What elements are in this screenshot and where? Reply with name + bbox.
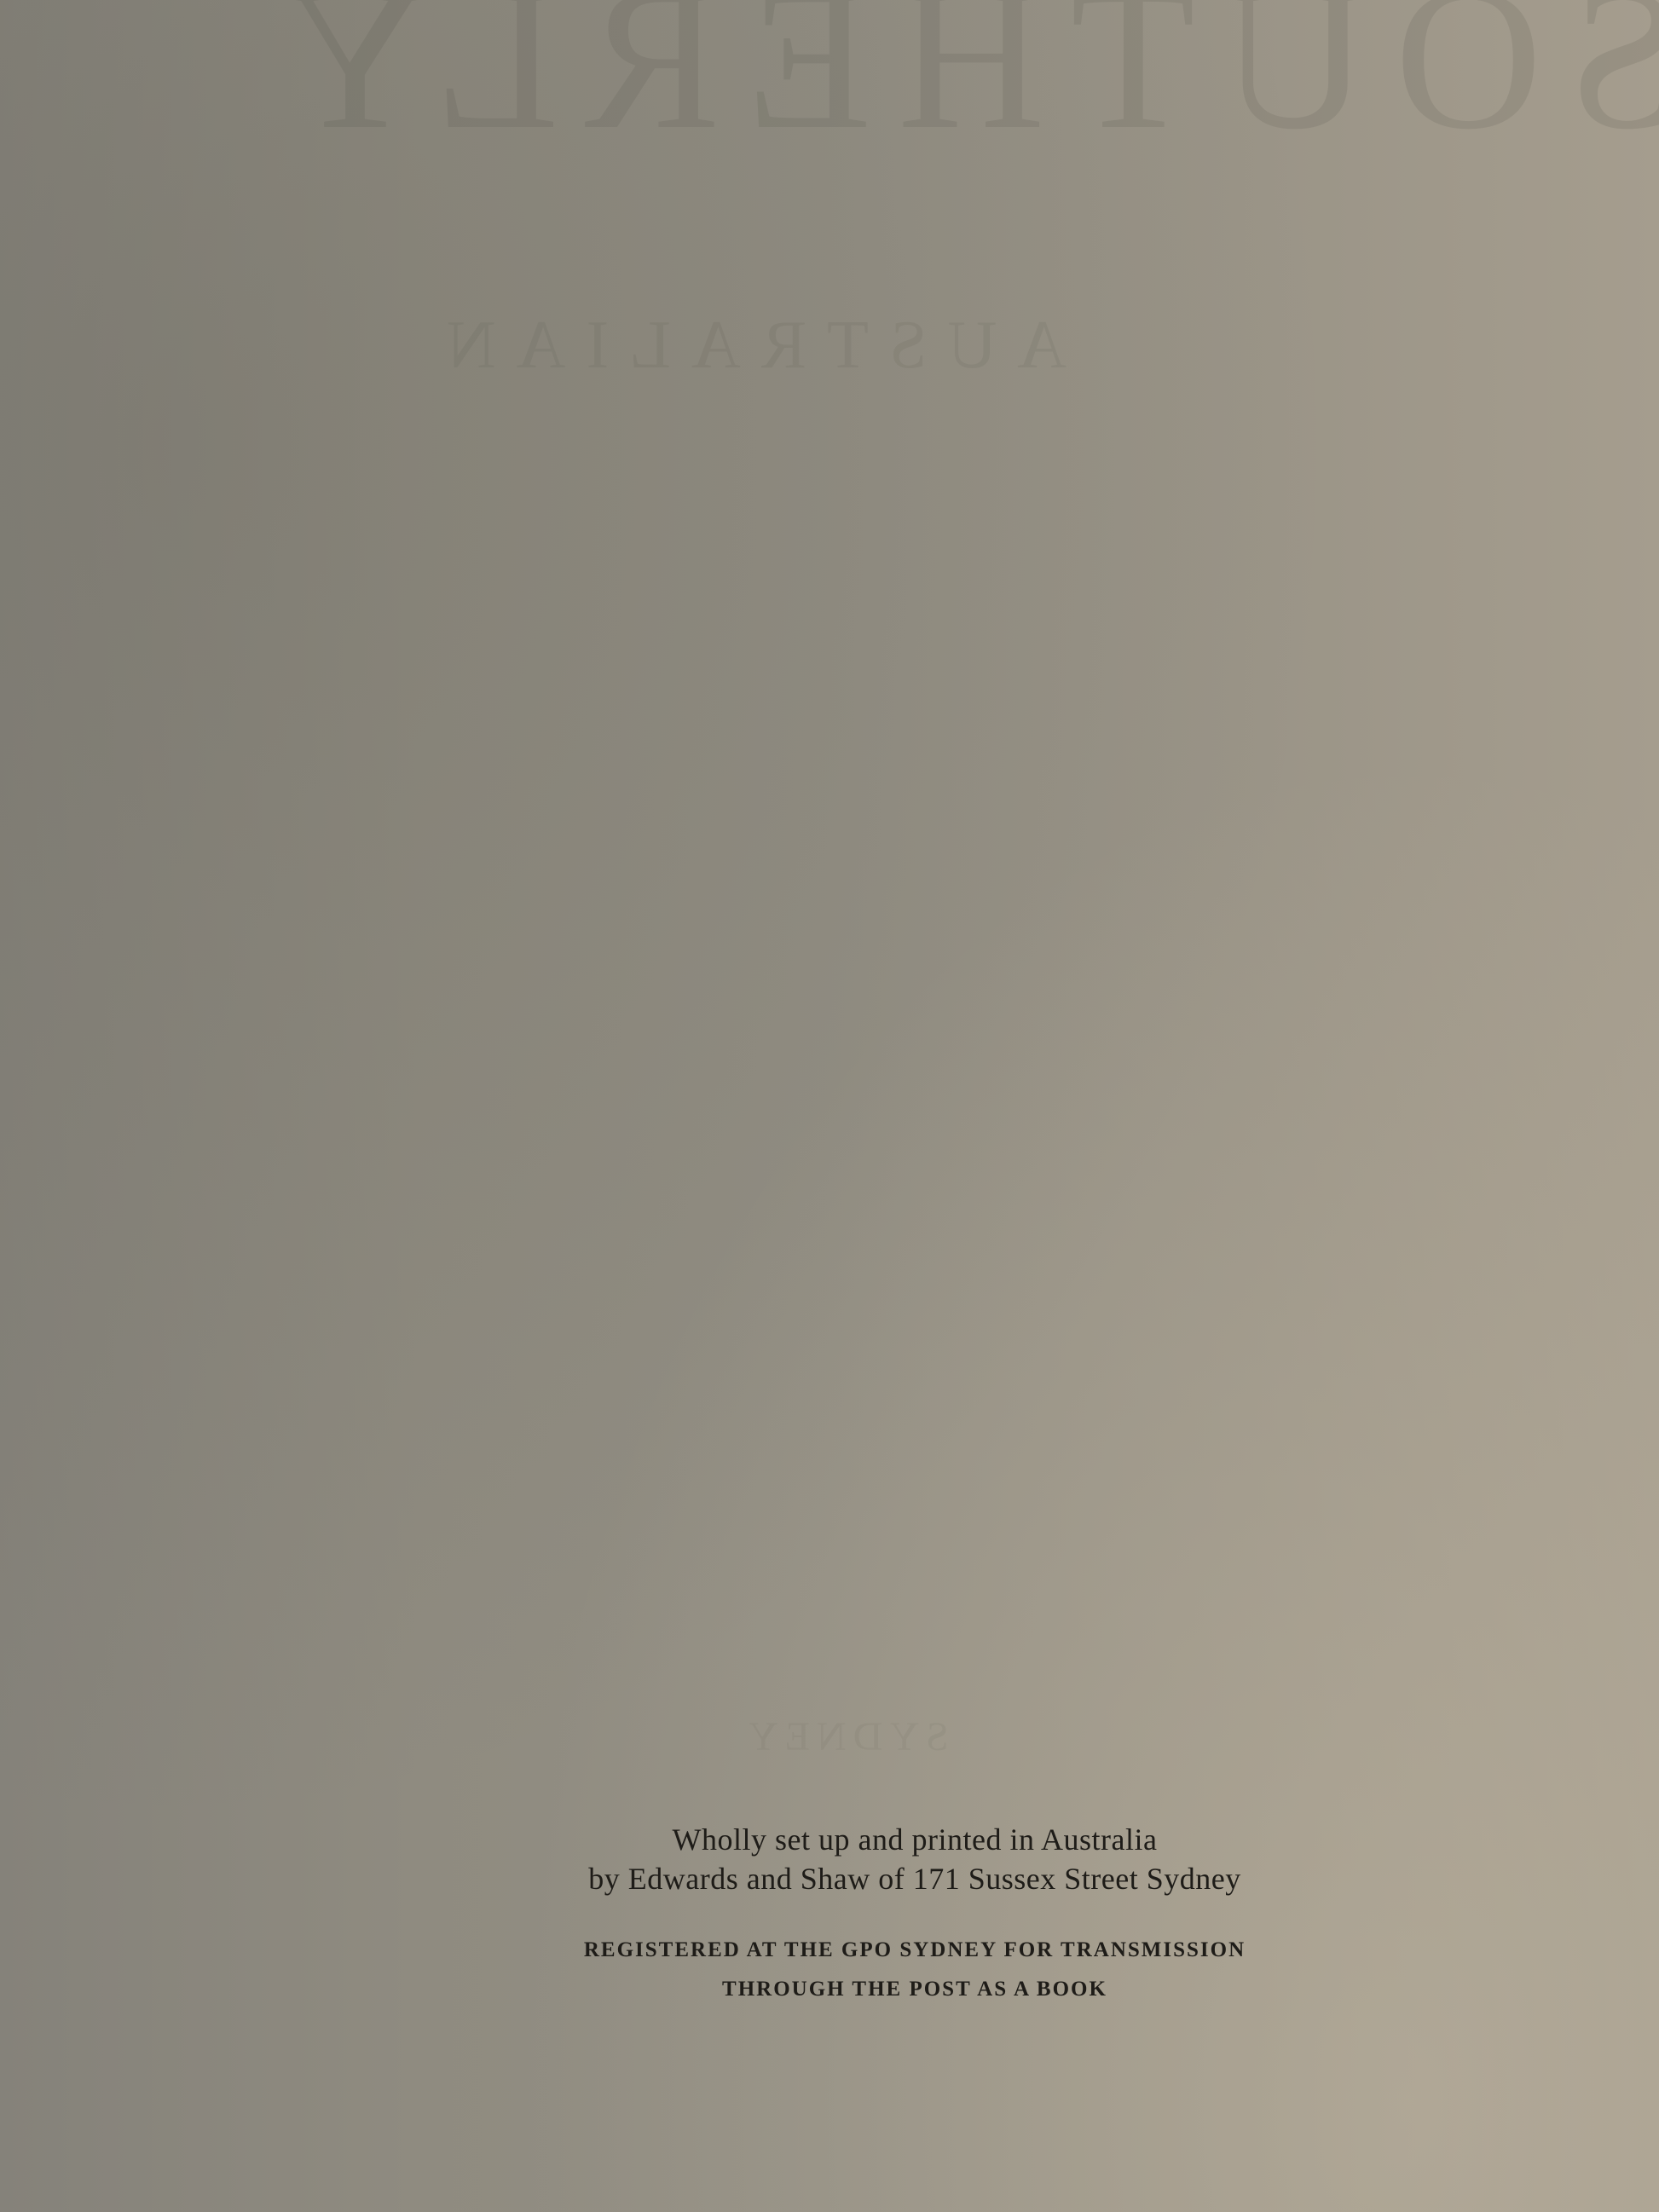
paper-page: SOUTHERLY AUSTRALIAN SYDNEY Wholly set u… [0, 0, 1659, 2212]
show-through-title: SOUTHERLY [256, 0, 1659, 176]
postal-registration-notice: REGISTERED AT THE GPO SYDNEY FOR TRANSMI… [85, 1931, 1659, 2009]
show-through-subtitle: AUSTRALIAN [426, 307, 1066, 384]
show-through-footer: SYDNEY [742, 1713, 949, 1760]
registration-line-2: THROUGH THE POST AS A BOOK [85, 1970, 1659, 2009]
printer-imprint: Wholly set up and printed in Australia b… [85, 1820, 1659, 1898]
imprint-line-1: Wholly set up and printed in Australia [85, 1820, 1659, 1859]
registration-line-1: REGISTERED AT THE GPO SYDNEY FOR TRANSMI… [85, 1931, 1659, 1970]
imprint-line-2: by Edwards and Shaw of 171 Sussex Street… [85, 1859, 1659, 1898]
